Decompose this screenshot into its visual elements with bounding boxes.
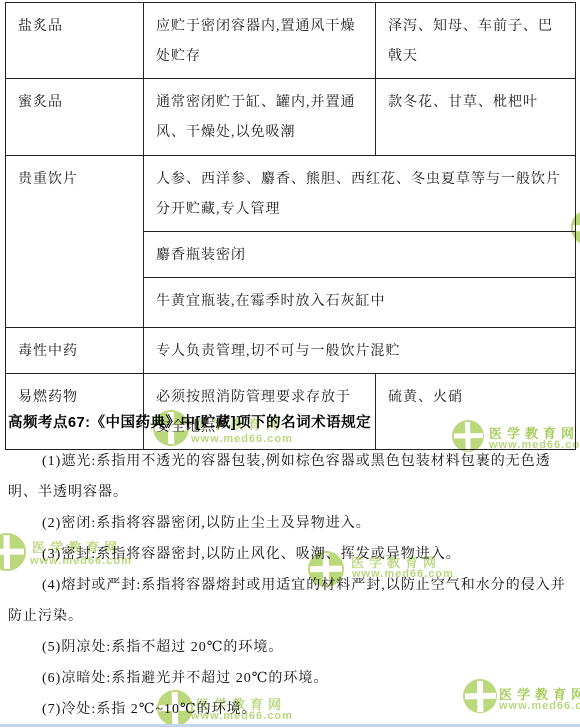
- document-page: 医学教育网 www.med66.com 医学教育网 www.med66.com …: [0, 0, 580, 728]
- cell-method: 人参、西洋参、麝香、熊胆、西红花、冬虫夏草等与一般饮片分开贮藏,专人管理: [144, 156, 576, 232]
- table-row: 蜜炙品 通常密闭贮于缸、罐内,并置通风、干燥处,以免吸潮 款冬花、甘草、枇杷叶: [6, 79, 576, 156]
- term-item-1: (1)遮光:系指用不透光的容器包装,例如棕色容器或黑色包装材料包裹的无色透明、半…: [8, 446, 572, 508]
- term-item-6: (6)凉暗处:系指避光并不超过 20℃的环境。: [8, 663, 572, 694]
- term-item-2: (2)密闭:系指将容器密闭,以防止尘土及异物进入。: [8, 508, 572, 539]
- cell-category: 毒性中药: [6, 328, 144, 374]
- notes-section: 高频考点67:《中国药典》中[贮藏]项下的名词术语规定 (1)遮光:系指用不透光…: [8, 412, 572, 725]
- table-row: 盐炙品 应贮于密闭容器内,置通风干燥处贮存 泽泻、知母、车前子、巴戟天: [6, 3, 576, 79]
- cell-method: 专人负责管理,切不可与一般饮片混贮: [144, 328, 576, 374]
- cell-category: 贵重饮片: [6, 156, 144, 328]
- storage-table-container: 盐炙品 应贮于密闭容器内,置通风干燥处贮存 泽泻、知母、车前子、巴戟天 蜜炙品 …: [5, 2, 575, 450]
- section-heading: 高频考点67:《中国药典》中[贮藏]项下的名词术语规定: [8, 412, 572, 434]
- bottom-divider: [0, 724, 580, 727]
- cell-method: 麝香瓶装密闭: [144, 232, 576, 278]
- cell-method: 通常密闭贮于缸、罐内,并置通风、干燥处,以免吸潮: [144, 79, 376, 156]
- table-row: 贵重饮片 人参、西洋参、麝香、熊胆、西红花、冬虫夏草等与一般饮片分开贮藏,专人管…: [6, 156, 576, 232]
- cell-category: 蜜炙品: [6, 79, 144, 156]
- cell-examples: 泽泻、知母、车前子、巴戟天: [376, 3, 576, 79]
- term-item-5: (5)阴凉处:系指不超过 20℃的环境。: [8, 632, 572, 663]
- storage-table: 盐炙品 应贮于密闭容器内,置通风干燥处贮存 泽泻、知母、车前子、巴戟天 蜜炙品 …: [5, 2, 576, 450]
- cell-category: 盐炙品: [6, 3, 144, 79]
- cell-examples: 款冬花、甘草、枇杷叶: [376, 79, 576, 156]
- term-item-4: (4)熔封或严封:系指将容器熔封或用适宜的材料严封,以防止空气和水分的侵入并防止…: [8, 570, 572, 632]
- term-item-3: (3)密封:系指将容器密封,以防止风化、吸潮、挥发或异物进入。: [8, 539, 572, 570]
- term-item-7: (7)冷处:系指 2℃~10℃的环境。: [8, 694, 572, 725]
- table-row: 毒性中药 专人负责管理,切不可与一般饮片混贮: [6, 328, 576, 374]
- cell-method: 牛黄宜瓶装,在霉季时放入石灰缸中: [144, 278, 576, 328]
- cell-method: 应贮于密闭容器内,置通风干燥处贮存: [144, 3, 376, 79]
